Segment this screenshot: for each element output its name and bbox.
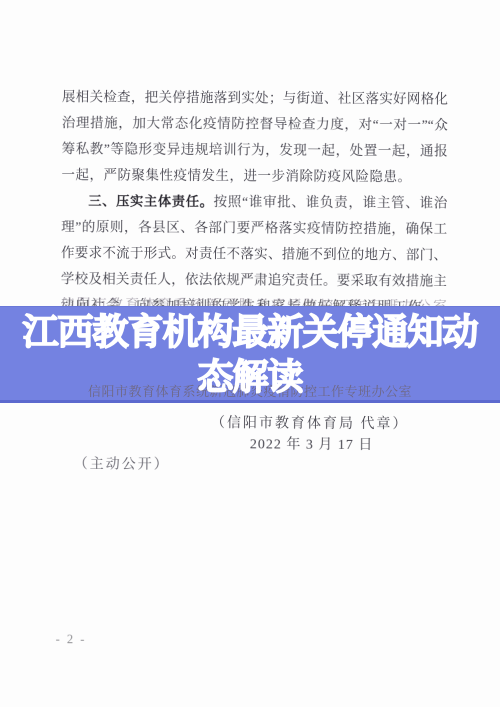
- body-line: 作要求不流于形式。对责任不落实、措施不到位的地方、部门、: [61, 240, 447, 268]
- headline-banner: 信阳市教育体育系统新冠肺炎疫情防控工作专班办公室 江西教育机构最新关停通知动态解…: [0, 306, 500, 403]
- body-line: 展相关检查，把关停措施落到实处；与街道、社区落实好网格化: [62, 84, 448, 112]
- signature-line: （信阳市教育体育局 代章）: [211, 412, 409, 433]
- body-paragraphs: 展相关检查，把关停措施落到实处；与街道、社区落实好网格化 治理措施，加大常态化疫…: [61, 84, 448, 320]
- body-line: 治理措施，加大常态化疫情防控督导检查力度，对“一对一”“众: [62, 110, 448, 138]
- page-number: - 2 -: [56, 632, 87, 647]
- section-heading-rest: 按照“谁审批、谁负责，谁主管、谁治: [214, 194, 448, 210]
- body-line-section-heading: 三、压实主体责任。按照“谁审批、谁负责，谁主管、谁治: [61, 188, 447, 216]
- disclosure-line: （主动公开）: [74, 453, 170, 474]
- body-line: 筹私教”等隐形变异违规培训行为，发现一起，处置一起，通报: [62, 136, 448, 164]
- body-line: 学校及相关责任人，依法依规严肃追究责任。要采取有效措施主: [61, 266, 447, 294]
- date-line: 2022 年 3 月 17 日: [250, 433, 374, 454]
- section-heading-bold: 三、压实主体责任。: [88, 193, 213, 209]
- body-line: 理”的原则，各县区、各部门要严格落实疫情防控措施，确保工: [61, 214, 447, 242]
- scanned-notice-page: 展相关检查，把关停措施落到实处；与街道、社区落实好网格化 治理措施，加大常态化疫…: [0, 0, 500, 707]
- body-line: 一起，严防聚集性疫情发生，进一步消除防疫风险隐患。: [61, 162, 447, 190]
- headline-title: 江西教育机构最新关停通知动态解读: [10, 310, 490, 400]
